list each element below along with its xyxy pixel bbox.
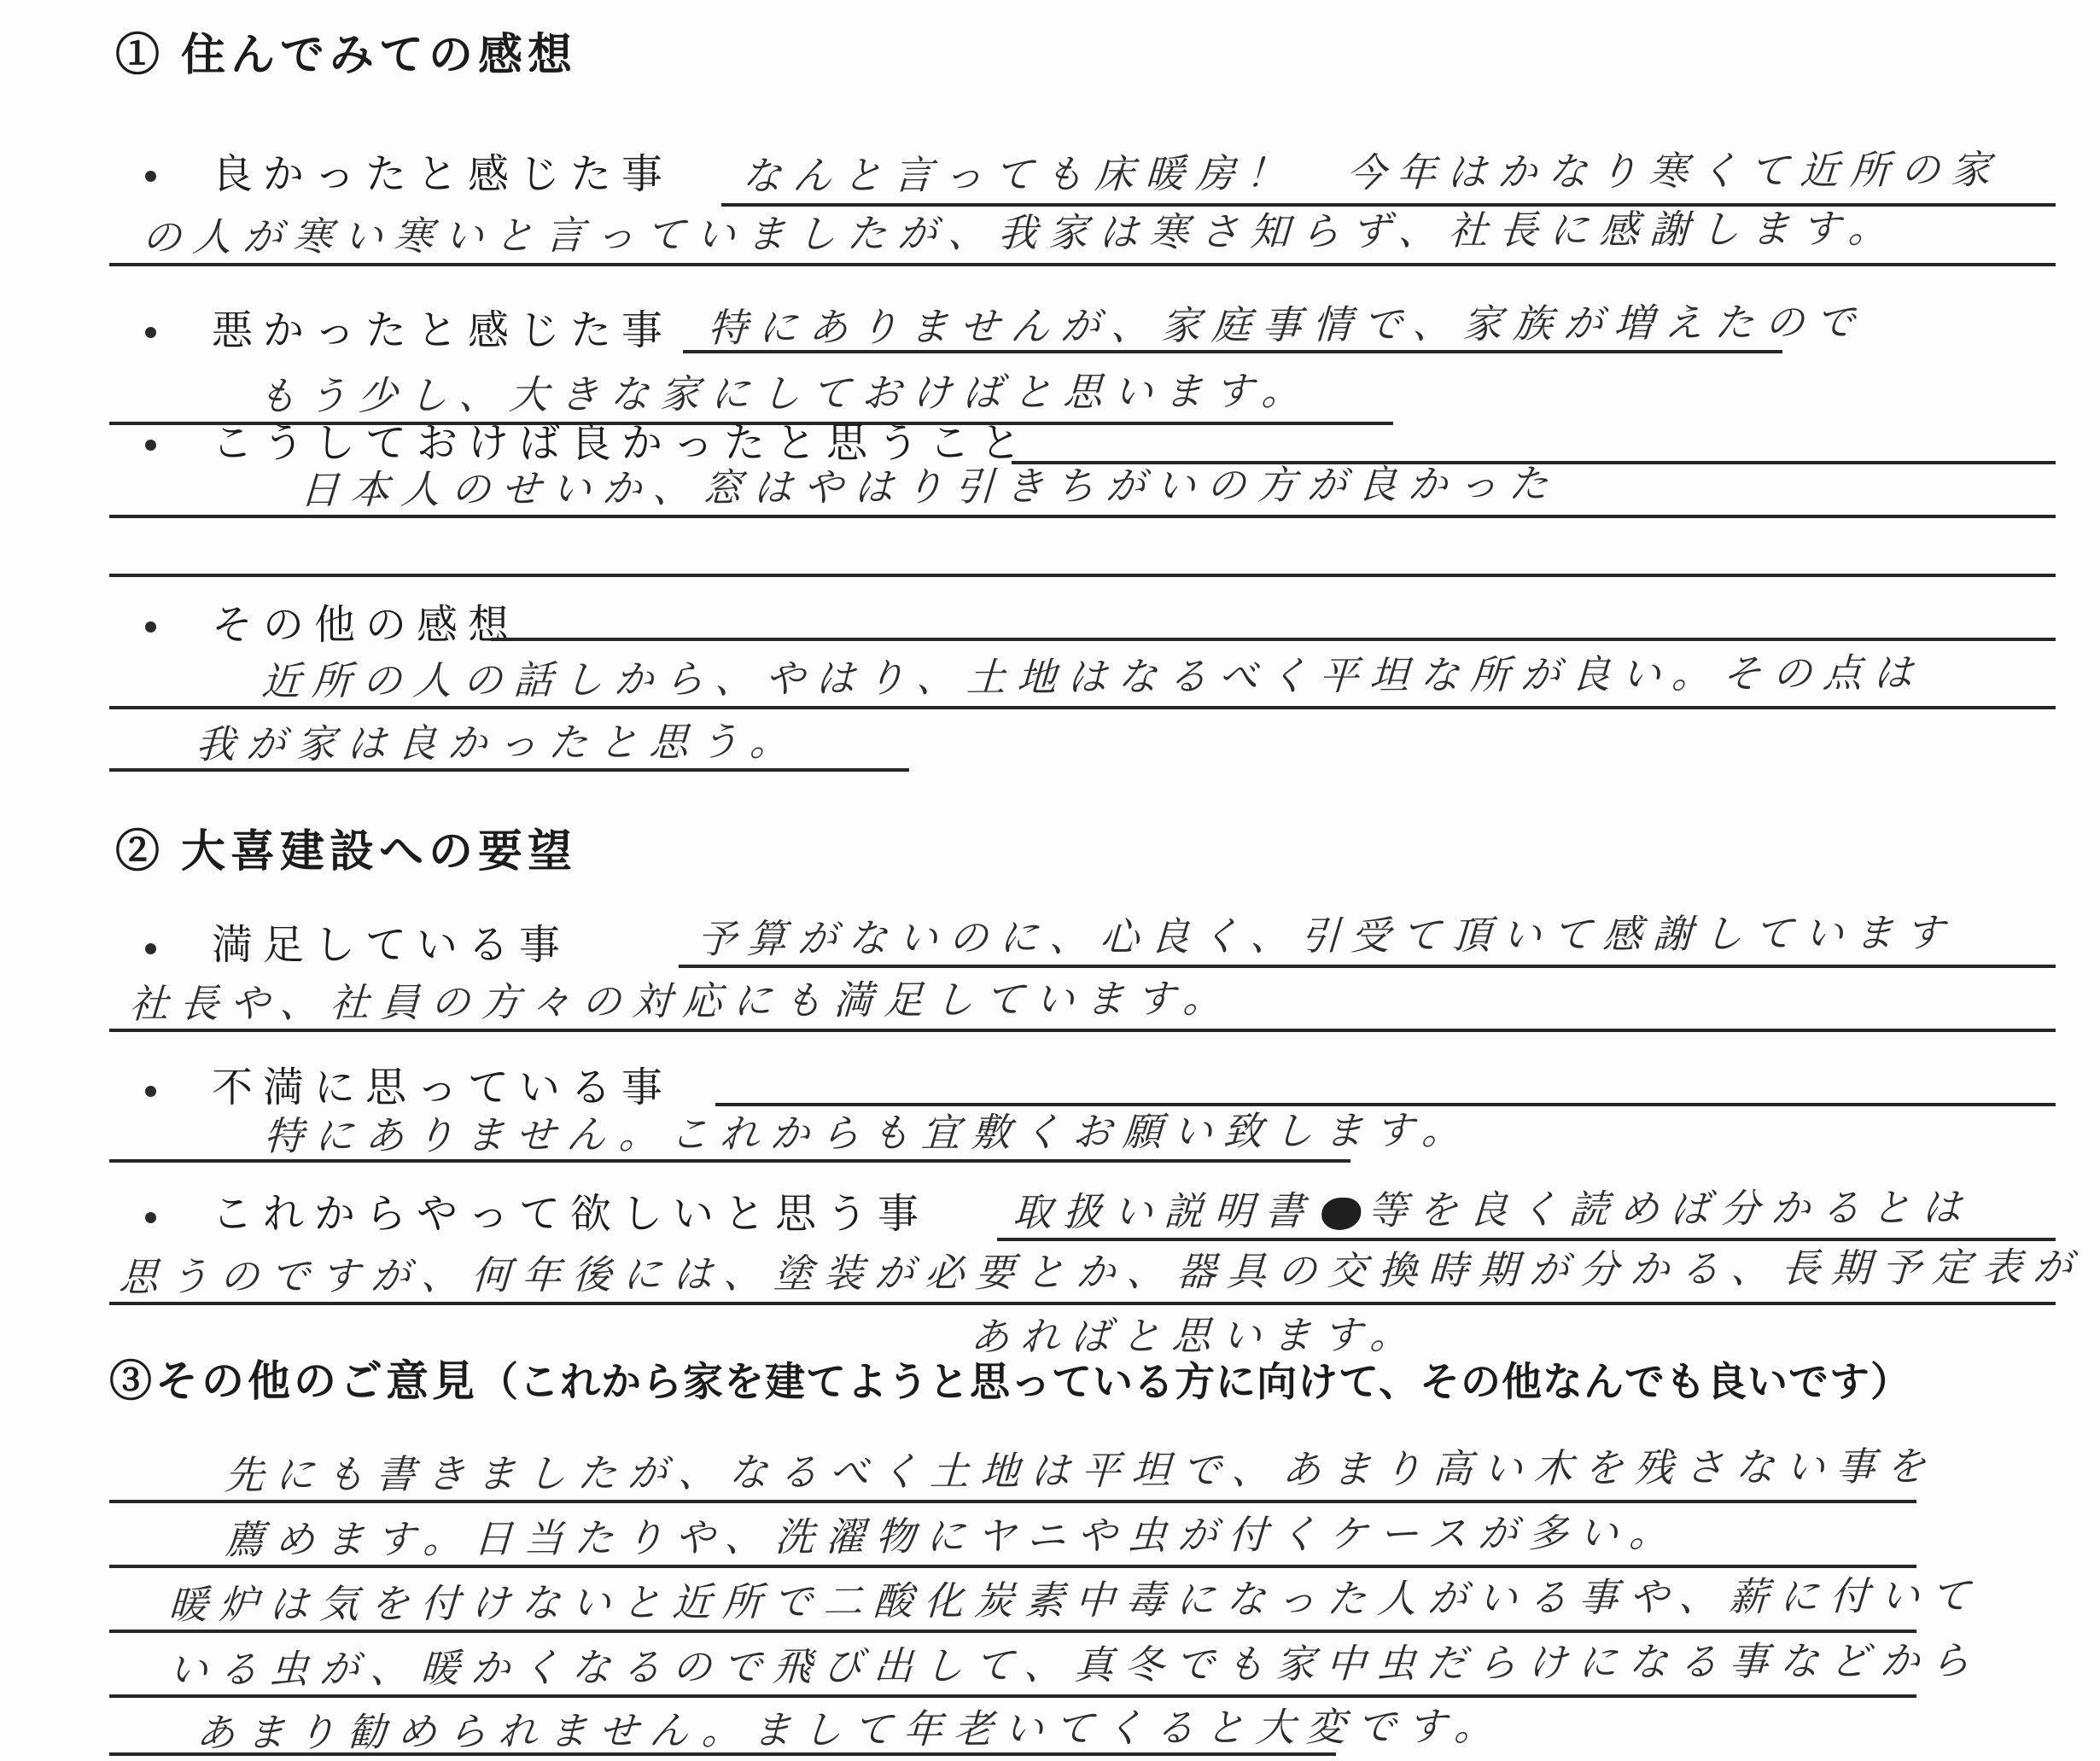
bullet-icon (145, 1086, 156, 1097)
question-future-request-label: これからやって欲しいと思う事 (212, 1181, 929, 1239)
answer-rule (491, 638, 2056, 641)
bullet-icon (145, 621, 156, 633)
section2-title: ② 大喜建設への要望 (115, 815, 577, 879)
opinion-line2: 薦めます。日当たりや、洗濯物にヤニや虫が付くケースが多い。 (224, 1502, 1681, 1566)
answer-future-request-line1b: 等を良く読めば分かるとは (1367, 1184, 1974, 1233)
answer-rule (109, 706, 2056, 709)
ink-blot-icon (1321, 1197, 1362, 1229)
question-satisfied-label: 満足している事 (212, 912, 570, 971)
answer-rule (683, 350, 1782, 353)
bullet-icon (145, 943, 156, 954)
answer-future-request-line1: 取扱い説明書等を良く読めば分かるとは (1012, 1176, 1974, 1238)
question-bad-points-label: 悪かったと感じた事 (212, 297, 673, 356)
answer-good-points-line2: の人が寒い寒いと言っていましたが、我家は寒さ知らず、社長に感謝します。 (141, 197, 1900, 263)
bullet-icon (145, 171, 156, 182)
question-other-impressions-label: その他の感想 (212, 592, 519, 650)
answer-other-impressions-line2: 我が家は良かったと思う。 (195, 710, 802, 770)
section3-title-note: （これから家を建てようと思っている方に向けて、その他なんでも良いです） (478, 1361, 1911, 1405)
opinion-line4: いる虫が、暖かくなるので飛び出して、真冬でも家中虫だらけになる事などから (167, 1630, 1982, 1695)
opinion-line1: 先にも書きましたが、なるべく土地は平坦で、あまり高い木を残さない事を (224, 1435, 1938, 1501)
answer-rule (109, 263, 2056, 266)
answer-rule (109, 1029, 2056, 1032)
answer-future-request-line2: 思うのですが、何年後には、塗装が必要とか、器具の交換時期が分かる、長期予定表が (118, 1236, 2085, 1303)
bullet-icon (145, 440, 156, 451)
section3-title-main: ③その他のご意見 (109, 1357, 478, 1405)
answer-satisfied-line2: 社長や、社員の方々の対応にも満足しています。 (128, 967, 1235, 1029)
section1-title: ① 住んでみての感想 (115, 19, 577, 83)
answer-good-points-line1: なんと言っても床暖房！ 今年はかなり寒くて近所の家 (741, 138, 2003, 201)
bullet-icon (145, 327, 156, 338)
answer-wish-line1: 日本人のせいか、窓はやはり引きちがいの方が良かった (299, 452, 1560, 516)
answer-rule (109, 1752, 1336, 1756)
question-good-points-label: 良かったと感じた事 (212, 141, 673, 200)
answer-rule (109, 768, 909, 772)
answer-future-request-line1a: 取扱い説明書 (1012, 1187, 1316, 1235)
answer-bad-points-line1: 特にありませんが、家庭事情で、家族が増えたので (707, 291, 1867, 353)
answer-rule (109, 1159, 1350, 1163)
answer-rule (679, 965, 2056, 968)
answer-other-impressions-line1: 近所の人の話しから、やはり、土地はなるべく平坦な所が良い。その点は (260, 642, 1925, 707)
scanned-questionnaire-page: ① 住んでみての感想 良かったと感じた事 なんと言っても床暖房！ 今年はかなり寒… (0, 0, 2100, 1761)
opinion-line3: 暖炉は気を付けないと近所で二酸化炭素中毒になった人がいる事や、薪に付いて (167, 1565, 1982, 1630)
bullet-icon (145, 1212, 156, 1223)
answer-dissatisfied-line1: 特にありません。これからも宜敷くお願い致します。 (263, 1099, 1473, 1162)
section3-title: ③その他のご意見（これから家を建てようと思っている方に向けて、その他なんでも良い… (109, 1347, 1911, 1408)
answer-rule-empty (109, 574, 2056, 577)
answer-satisfied-line1: 予算がないのに、心良く、引受て頂いて感謝しています (696, 901, 1957, 965)
answer-rule (109, 515, 2056, 518)
opinion-line5: あまり勧められません。まして年老いてくると大変です。 (195, 1695, 1506, 1758)
